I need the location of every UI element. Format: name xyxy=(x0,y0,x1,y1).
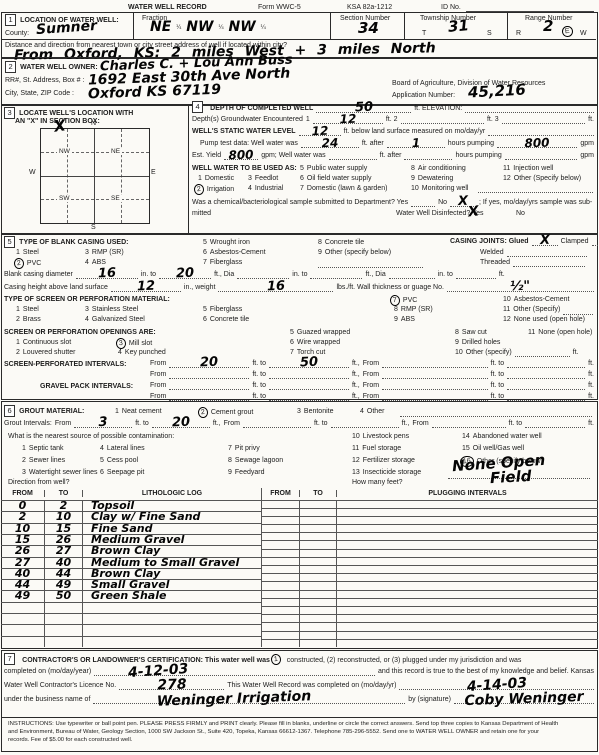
opening-option-4: 4Key punched xyxy=(118,348,166,357)
litho-row-empty xyxy=(1,603,261,614)
county-label: County: xyxy=(5,29,29,38)
glued-blank: X xyxy=(532,237,558,246)
casing-option-3: 3RMP (SR) xyxy=(85,248,124,257)
grout-to-value: 20 xyxy=(172,417,191,430)
grout-from-value: 3 xyxy=(98,417,107,429)
litho-desc: Green Shale xyxy=(91,589,166,602)
form-ksa: KSA 82a-1212 xyxy=(347,3,392,12)
fraction-1: NE xyxy=(150,21,171,33)
instructions-line-3: records. Fee of $5.00 for each construct… xyxy=(8,737,132,745)
section7-number: 7 xyxy=(4,653,15,665)
contam-option-9: 9Feedyard xyxy=(228,468,264,477)
litho-to: 50 xyxy=(56,589,71,602)
opening-option-2: 2Louvered shutter xyxy=(16,348,75,357)
dia2-to-blank xyxy=(310,270,362,279)
certification-line-1: 7 CONTRACTOR'S OR LANDOWNER'S CERTIFICAT… xyxy=(4,653,521,665)
screen-option-12: 12None used (open hole) xyxy=(503,315,585,324)
contam-option-7: 7Pit privy xyxy=(228,444,260,453)
welded-blank xyxy=(507,248,587,257)
quadrant-ne: NE xyxy=(109,148,122,155)
static-date-blank xyxy=(488,127,594,136)
form-number: Form WWC-5 xyxy=(258,3,301,12)
screen-option-3: 3Stainless Steel xyxy=(85,305,138,314)
spi-label: SCREEN-PERFORATED INTERVALS: xyxy=(4,360,127,369)
pump-gpm-blank: 800 xyxy=(497,139,577,148)
township-value: 31 xyxy=(448,19,470,33)
casing-dia-to-value: 20 xyxy=(176,268,195,281)
compass-n: N xyxy=(91,119,96,128)
compass-s: S xyxy=(91,223,96,232)
pump-gpm-value: 800 xyxy=(524,137,549,150)
plugging-row-empty xyxy=(262,566,598,574)
use-label: WELL WATER TO BE USED AS: xyxy=(192,164,297,173)
section4-number: 4 xyxy=(192,101,203,113)
section6-number: 6 xyxy=(4,405,15,417)
opening-option-1: 1Continuous slot xyxy=(16,338,71,347)
opening-option-10: 10Other (specify) xyxy=(455,348,512,357)
litho-row-empty xyxy=(1,614,261,625)
well-location-x-mark: X xyxy=(53,119,66,132)
weight-value: 16 xyxy=(267,281,286,294)
range-value: 2 xyxy=(543,20,553,32)
wall-thickness-blank: ½" xyxy=(447,283,594,292)
plugging-row-empty xyxy=(262,517,598,525)
contam-option-14: 14Abandoned water well xyxy=(462,432,542,441)
pump-hr-value: 1 xyxy=(411,137,420,149)
plugging-row-empty xyxy=(262,533,598,541)
disinfected-no: No xyxy=(516,209,525,218)
static-level-blank: 12 xyxy=(299,127,341,136)
business-name-blank: Weninger Irrigation xyxy=(93,695,405,704)
water-well-record-form: WATER WELL RECORD Form WWC-5 KSA 82a-121… xyxy=(0,0,599,755)
county-value: Sumner xyxy=(36,20,98,36)
instructions-line-2: and Environment, Bureau of Water, Geolog… xyxy=(8,729,539,737)
plugging-row-empty xyxy=(262,607,598,615)
contam-option-12: 12Fertilizer storage xyxy=(352,456,415,465)
screen-option-8: 8RMP (SR) xyxy=(394,305,433,314)
section-square: NW NE SW SE xyxy=(40,128,150,224)
plugging-row-empty xyxy=(262,509,598,517)
plugging-row-empty xyxy=(262,558,598,566)
fraction-2: NW xyxy=(186,21,213,33)
litho-row: 4950Green Shale xyxy=(1,591,261,602)
how-many-feet-label: How many feet? xyxy=(352,478,403,487)
weight-blank: 16 xyxy=(218,283,333,292)
compass-w: W xyxy=(29,168,36,177)
contam-option-1: 1Septic tank xyxy=(22,444,64,453)
quadrant-sw: SW xyxy=(57,195,71,202)
fraction-values: NE¼ NW¼ NW¼ xyxy=(150,21,266,33)
range-east: E xyxy=(564,26,576,37)
spi-from-value: 20 xyxy=(200,357,219,370)
use-option-3: 3Feedlot xyxy=(248,174,278,183)
elevation-blank xyxy=(465,104,594,113)
use-option-4: 4Industrial xyxy=(248,184,283,193)
plugging-row-empty xyxy=(262,582,598,590)
contam-option-2: 2Sewer lines xyxy=(22,456,65,465)
use-option-9: 9Dewatering xyxy=(411,174,453,183)
section2-number: 2 xyxy=(5,61,16,73)
groundwater2-blank xyxy=(401,115,484,124)
use-option-1: 1Domestic xyxy=(198,174,234,183)
form-title: WATER WELL RECORD xyxy=(128,3,207,12)
groundwater-line: Depth(s) Groundwater Encountered1 12 ft.… xyxy=(192,115,594,124)
plugging-row-empty xyxy=(262,640,598,647)
grout-to-blank: 20 xyxy=(152,419,210,428)
section3-number: 3 xyxy=(4,107,15,119)
litho-row-empty xyxy=(1,625,261,636)
completed-date-blank: 4-12-03 xyxy=(94,667,375,676)
gpi-label: GRAVEL PACK INTERVALS: xyxy=(40,382,133,391)
pump-ft-value: 24 xyxy=(321,137,338,150)
use-option-2: 2Irrigation xyxy=(196,184,234,195)
casing-height-line: Casing height above land surface 12 in.,… xyxy=(4,283,594,292)
section-number-value: 34 xyxy=(358,22,379,34)
opening-option-6: 6Wire wrapped xyxy=(290,338,340,347)
est-yield-blank: 800 xyxy=(224,151,258,160)
col-from: FROM xyxy=(1,490,45,497)
grout-intervals-line: Grout Intervals: From 3 ft. to 20 ft.,Fr… xyxy=(4,419,594,428)
dia3-to-blank xyxy=(456,270,496,279)
quarter-glyph: ¼ xyxy=(261,24,266,33)
spi-to-value: 50 xyxy=(300,357,319,370)
grout-from-blank: 3 xyxy=(74,419,132,428)
pump-test-line: Pump test data: Well water was 24 ft. af… xyxy=(200,139,594,148)
contamination-answer-2: Field xyxy=(490,470,532,484)
gpi-line-1: From ft. to ft.,From ft. to ft. xyxy=(150,381,594,390)
contam-option-11: 11Fuel storage xyxy=(352,444,401,453)
signature-blank: Coby Weninger xyxy=(454,695,594,704)
city-state-zip-value: Oxford KS 67119 xyxy=(88,84,221,101)
screen-option-1: 1Steel xyxy=(16,305,39,314)
contam-option-13: 13Insecticide storage xyxy=(352,468,421,477)
plugging-row-empty xyxy=(262,615,598,623)
casing-option-9: 9Other (specify below) xyxy=(318,248,391,257)
certification-line-4: under the business name of Weninger Irri… xyxy=(4,695,594,704)
openings-heading: SCREEN OR PERFORATION OPENINGS ARE: xyxy=(4,328,156,337)
casing-height-value: 12 xyxy=(137,281,156,294)
screen-other-dots xyxy=(563,306,593,315)
disinfected-x: X xyxy=(467,205,479,218)
license-blank: 278 xyxy=(119,681,224,690)
section2-heading: 2WATER WELL OWNER: xyxy=(5,61,98,73)
form-id-label: ID No. xyxy=(441,3,461,12)
use-option-5: 5Public water supply xyxy=(300,164,367,173)
opening-option-9: 9Drilled holes xyxy=(455,338,500,347)
plugging-row-empty xyxy=(262,574,598,582)
clamped-blank xyxy=(592,237,599,246)
spi-from-blank: 20 xyxy=(169,359,249,368)
dia2-blank xyxy=(237,270,289,279)
city-state-zip-label: City, State, ZIP Code : xyxy=(5,89,74,98)
plugging-row-empty xyxy=(262,591,598,599)
use-option-11: 11Injection well xyxy=(503,164,553,173)
groundwater1-value: 12 xyxy=(339,113,356,126)
welded-line: Welded xyxy=(480,248,587,257)
lithologic-table: FROM TO LITHOLOGIC LOG 02Topsoil 210Clay… xyxy=(1,488,261,647)
compass-e: E xyxy=(151,168,156,177)
blank-casing-diameter-line: Blank casing diameter 16 in. to 20 ft., … xyxy=(4,270,594,279)
est-yield-line: Est. Yield 800 gpm; Well water was ft. a… xyxy=(192,151,594,160)
business-name-value: Weninger Irrigation xyxy=(156,690,311,707)
signature-value: Coby Weninger xyxy=(464,691,583,707)
use-option-12: 12Other (Specify below) xyxy=(503,174,581,183)
groundwater3-blank xyxy=(502,115,585,124)
grout-option-1: 1Neat cement xyxy=(115,407,162,416)
section5-heading: 5TYPE OF BLANK CASING USED: xyxy=(4,236,128,248)
grout-option-3: 3Bentonite xyxy=(297,407,334,416)
col-to: TO xyxy=(45,490,83,497)
township-t: T xyxy=(422,29,426,38)
casing-option-5: 5Wrought iron xyxy=(203,238,250,247)
screen-option-2: 2Brass xyxy=(16,315,41,324)
col-pfrom: FROM xyxy=(262,490,300,497)
casing-option-6: 6Asbestos-Cement xyxy=(203,248,266,257)
casing-option-2: 2PVC xyxy=(16,258,41,269)
use-option-10: 10Monitoring well xyxy=(411,184,468,193)
monitoring-well-dots xyxy=(478,184,593,193)
contam-option-10: 10Livestock pens xyxy=(352,432,409,441)
plugging-header: FROM TO PLUGGING INTERVALS xyxy=(262,488,598,501)
plugging-row-empty xyxy=(262,550,598,558)
est-yield-value: 800 xyxy=(228,149,253,162)
casing-height-blank: 12 xyxy=(111,283,181,292)
section1-number: 1 xyxy=(5,14,16,26)
plugging-row-empty xyxy=(262,632,598,640)
plugging-row-empty xyxy=(262,501,598,509)
casing-other-blank xyxy=(318,259,423,268)
opening-option-8: 8Saw cut xyxy=(455,328,487,337)
range-r: R xyxy=(516,29,521,38)
township-s: S xyxy=(487,29,492,38)
spi-to-blank: 50 xyxy=(269,359,349,368)
contam-option-3: 3Watertight sewer lines xyxy=(22,468,98,477)
opening-option-5: 5Guazed wrapped xyxy=(290,328,350,337)
opening-option-10-line: 10Other (specify) ft. xyxy=(455,348,579,357)
plugging-row-empty xyxy=(262,525,598,533)
chem-sample-wrap: mitted xyxy=(192,209,211,218)
opening-other-blank xyxy=(515,348,570,357)
contam-option-8: 8Sewage lagoon xyxy=(228,456,283,465)
screen-option-11: 11Other (Specify) xyxy=(503,305,560,314)
screen-material-heading: TYPE OF SCREEN OR PERFORATION MATERIAL: xyxy=(4,295,170,304)
depth-completed-blank: 50 xyxy=(316,104,411,113)
screen-option-4: 4Galvanized Steel xyxy=(85,315,145,324)
col-log: LITHOLOGIC LOG xyxy=(83,490,261,497)
litho-from: 49 xyxy=(15,589,30,602)
screen-option-10: 10Asbestos-Cement xyxy=(503,295,569,304)
groundwater1-blank: 12 xyxy=(313,115,383,124)
section5-number: 5 xyxy=(4,236,15,248)
quadrant-se: SE xyxy=(109,195,122,202)
chem-yes-blank xyxy=(411,198,435,207)
screen-option-9: 9ABS xyxy=(394,315,415,324)
use-option-6: 6Oil field water supply xyxy=(300,174,372,183)
plugging-row-empty xyxy=(262,541,598,549)
opening-option-11: 11None (open hole) xyxy=(528,328,592,337)
casing-joints-line: CASING JOINTS: Glued X Clamped xyxy=(450,237,599,246)
use-option-7: 7Domestic (lawn & garden) xyxy=(300,184,387,193)
direction-label: Direction from well? xyxy=(8,478,69,487)
wall-thickness-value: ½" xyxy=(510,281,531,294)
grout-option-4: 4Other xyxy=(360,407,384,416)
contam-option-4: 4Lateral lines xyxy=(100,444,145,453)
glued-x: X xyxy=(539,235,549,247)
yield2-gpm-blank xyxy=(505,151,578,160)
address-label: RR#, St. Address, Box # : xyxy=(5,76,84,85)
instructions-box: INSTRUCTIONS: Use typewriter or ball poi… xyxy=(1,717,598,752)
threaded-line: Threaded xyxy=(480,258,585,267)
fraction-3: NW xyxy=(228,21,255,33)
contamination-question: What is the nearest source of possible c… xyxy=(8,432,174,441)
gpi-line-2: From ft. to ft.,From ft. to ft. xyxy=(150,392,594,401)
grout-other-blank xyxy=(400,408,592,417)
yield2-hr-blank xyxy=(404,151,452,160)
litho-row-empty xyxy=(1,637,261,647)
pump-ft-blank: 24 xyxy=(301,139,359,148)
application-number-value: 45,216 xyxy=(468,83,526,98)
application-number-label: Application Number: xyxy=(392,91,455,100)
contam-option-15: 15Oil well/Gas well xyxy=(462,444,524,453)
constructed-choice: 1 xyxy=(273,654,284,665)
screen-option-6: 6Concrete tile xyxy=(203,315,249,324)
screen-option-5: 5Fiberglass xyxy=(203,305,242,314)
contam-option-6: 6Seepage pit xyxy=(100,468,144,477)
casing-option-7: 7Fiberglass xyxy=(203,258,242,267)
spi-line-2: From ft. to ft.,From ft. to ft. xyxy=(150,370,594,379)
casing-option-8: 8Concrete tile xyxy=(318,238,364,247)
dia3-blank xyxy=(389,270,435,279)
section6-heading: 6GROUT MATERIAL: xyxy=(4,405,84,417)
static-level-line: WELL'S STATIC WATER LEVEL 12 ft. below l… xyxy=(192,127,594,136)
casing-option-1: 1Steel xyxy=(16,248,39,257)
contam-option-5: 5Cess pool xyxy=(100,456,138,465)
quarter-glyph: ¼ xyxy=(176,24,181,33)
certification-line-2: completed on (mo/day/year) 4-12-03 and t… xyxy=(4,667,594,676)
casing-dia-value: 16 xyxy=(98,268,117,281)
license-value: 278 xyxy=(157,678,187,691)
casing-dia-blank: 16 xyxy=(76,270,138,279)
plugging-row-empty xyxy=(262,623,598,631)
yield2-ft-blank xyxy=(329,151,377,160)
spi-line-1: From 20 ft. to 50 ft.,From ft. to ft. xyxy=(150,359,594,368)
range-west: W xyxy=(580,29,587,38)
quadrant-nw: NW xyxy=(57,148,72,155)
col-pto: TO xyxy=(300,490,337,497)
plugging-table: FROM TO PLUGGING INTERVALS xyxy=(261,488,598,647)
grout-option-2: 2Cement grout xyxy=(200,407,253,418)
depth-completed-line: 4 DEPTH OF COMPLETED WELL 50 ft. ELEVATI… xyxy=(192,101,594,113)
threaded-blank xyxy=(513,258,585,267)
depth-completed-value: 50 xyxy=(354,102,373,115)
use-option-8: 8Air conditioning xyxy=(411,164,466,173)
chem-sample-line: Was a chemical/bacteriological sample su… xyxy=(192,198,592,207)
casing-dia-to-blank: 20 xyxy=(159,270,211,279)
instructions-line-1: INSTRUCTIONS: Use typewriter or ball poi… xyxy=(8,721,558,729)
plugging-row-empty xyxy=(262,599,598,607)
pump-hr-blank: 1 xyxy=(387,139,445,148)
col-plug: PLUGGING INTERVALS xyxy=(337,490,598,497)
quarter-glyph: ¼ xyxy=(218,24,223,33)
